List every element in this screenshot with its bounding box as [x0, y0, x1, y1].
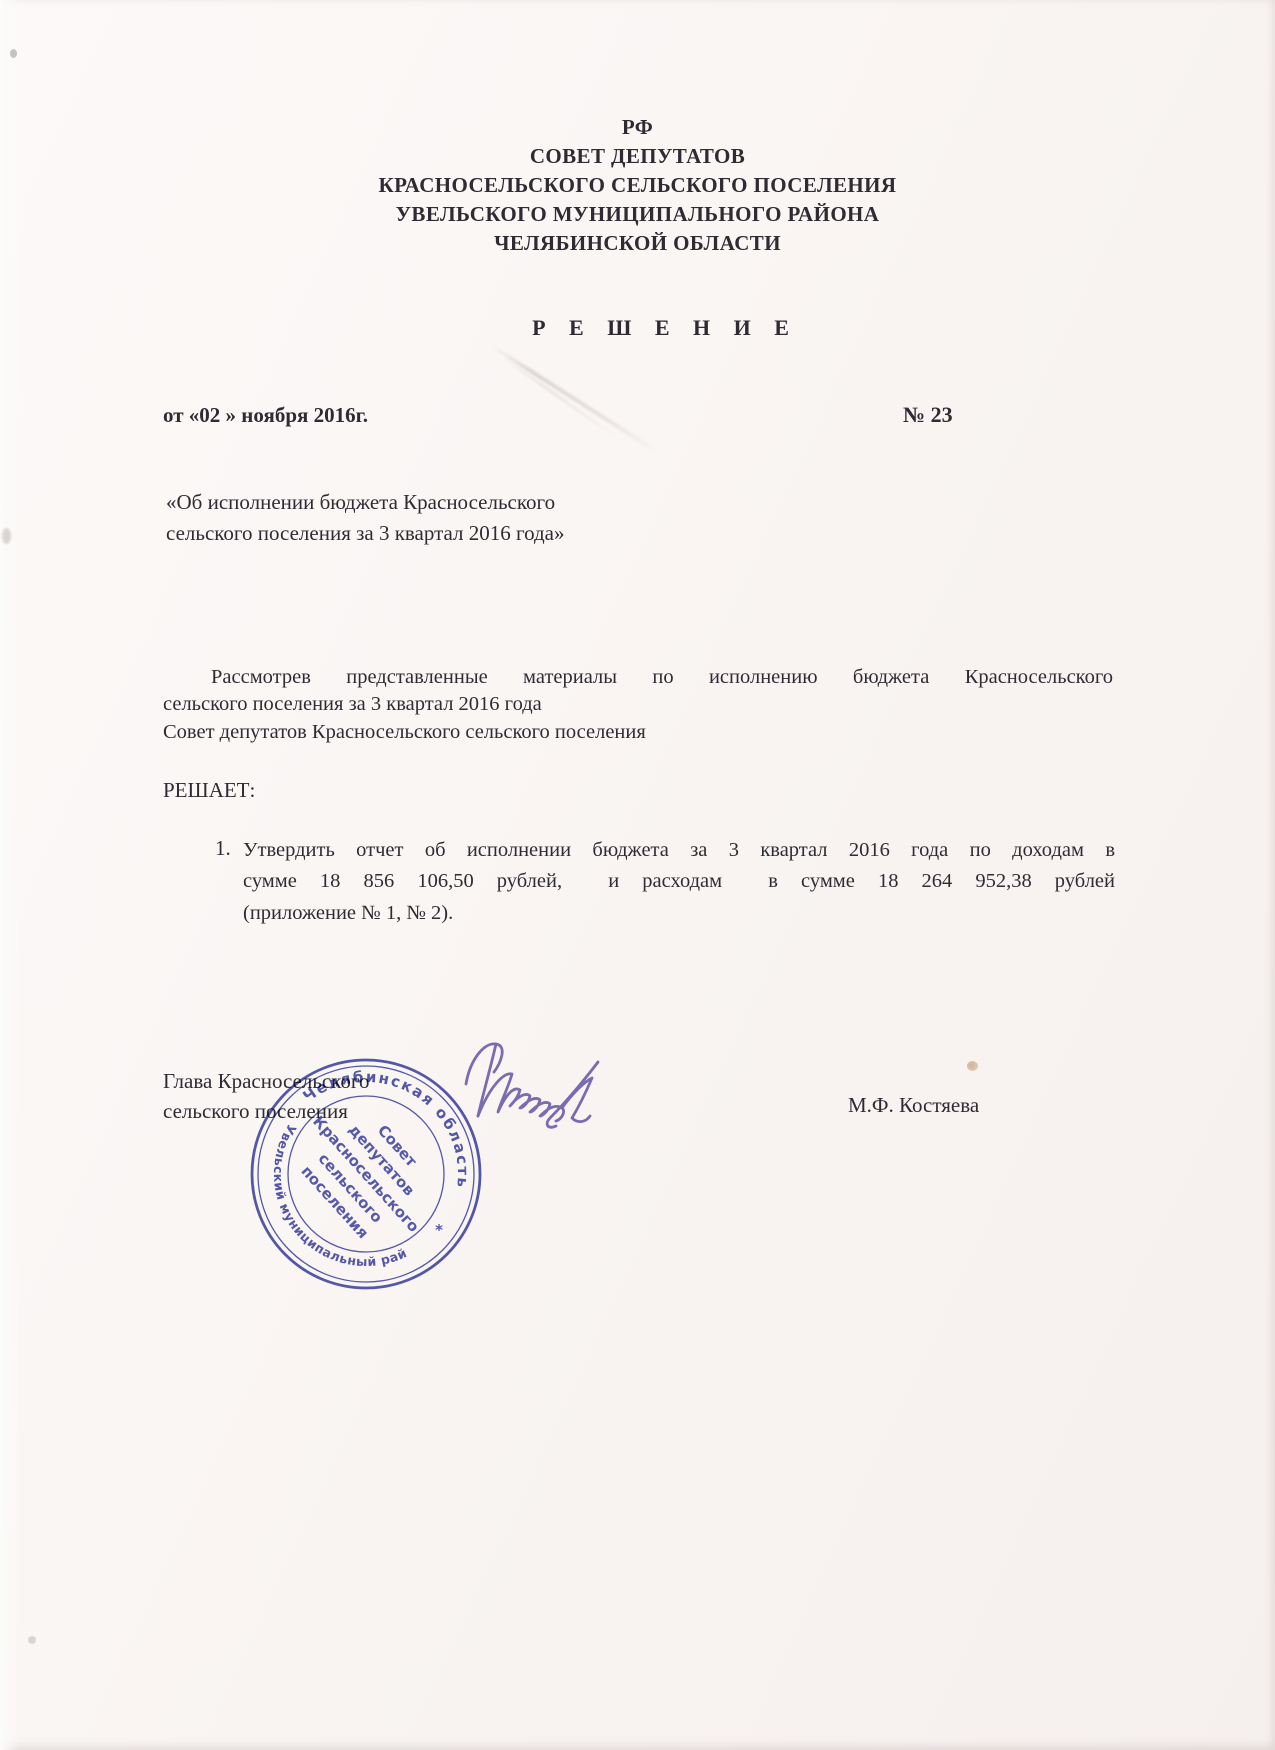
scan-scratch-artifact — [501, 356, 617, 439]
subject-line-2: сельского поселения за 3 квартал 2016 го… — [166, 518, 565, 549]
item-1-line-1: Утвердить отчет об исполнении бюджета за… — [243, 835, 1115, 866]
letterhead-line-region: ЧЕЛЯБИНСКОЙ ОБЛАСТИ — [0, 229, 1275, 258]
scan-speck — [10, 49, 17, 58]
preamble-line-2: сельского поселения за 3 квартал 2016 го… — [163, 691, 1113, 718]
stamp-ring-separator-star: * — [435, 1221, 443, 1239]
document-number: № 23 — [903, 402, 953, 428]
scan-speck — [2, 528, 11, 544]
official-round-stamp: Челябинская область Увельский муниципаль… — [248, 1056, 484, 1292]
list-item-1-number: 1. — [215, 836, 231, 861]
letterhead-line-council: СОВЕТ ДЕПУТАТОВ — [0, 142, 1275, 171]
item-1-line-3: (приложение № 1, № 2). — [243, 898, 1115, 929]
letterhead-line-settlement: КРАСНОСЕЛЬСКОГО СЕЛЬСКОГО ПОСЕЛЕНИЯ — [0, 171, 1275, 200]
item-1-line-2: сумме 18 856 106,50 рублей, и расходам в… — [243, 866, 1115, 897]
paper-stain-dot — [967, 1061, 978, 1071]
document-subject: «Об исполнении бюджета Красносельского с… — [166, 487, 565, 549]
preamble-line-3: Совет депутатов Красносельского сельског… — [163, 719, 1113, 746]
subject-line-1: «Об исполнении бюджета Красносельского — [166, 487, 565, 518]
preamble-paragraph: Рассмотрев представленные материалы по и… — [163, 664, 1113, 746]
scan-speck — [28, 1636, 36, 1644]
list-item-1-text: Утвердить отчет об исполнении бюджета за… — [243, 835, 1115, 929]
scanned-document-page: РФ СОВЕТ ДЕПУТАТОВ КРАСНОСЕЛЬСКОГО СЕЛЬС… — [0, 0, 1275, 1750]
handwritten-signature — [450, 1020, 630, 1132]
decides-label: РЕШАЕТ: — [163, 778, 255, 803]
letterhead-line-district: УВЕЛЬСКОГО МУНИЦИПАЛЬНОГО РАЙОНА — [0, 200, 1275, 229]
document-date: от «02 » ноября 2016г. — [163, 403, 368, 428]
letterhead: РФ СОВЕТ ДЕПУТАТОВ КРАСНОСЕЛЬСКОГО СЕЛЬС… — [0, 113, 1275, 258]
signer-name: М.Ф. Костяева — [848, 1093, 979, 1118]
preamble-line-1: Рассмотрев представленные материалы по и… — [163, 664, 1113, 691]
letterhead-line-country: РФ — [0, 113, 1275, 142]
document-title: Р Е Ш Е Н И Е — [55, 315, 1275, 341]
scan-scratch-artifact — [490, 344, 659, 454]
